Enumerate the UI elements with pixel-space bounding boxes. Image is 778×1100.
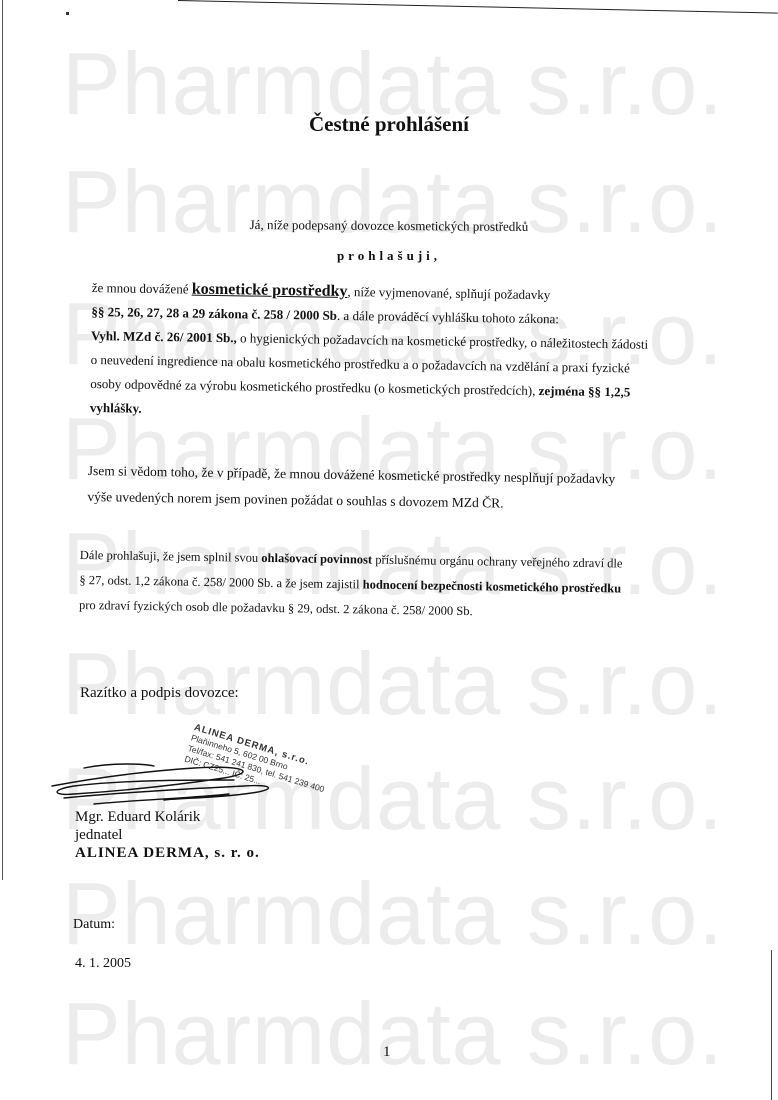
signer-company: ALINEA DERMA, s. r. o. — [75, 844, 260, 862]
emphasis-sections: zejména §§ 1,2,5 — [539, 383, 631, 399]
text-span: že mnou dovážené — [92, 280, 192, 297]
page-number: 1 — [383, 1044, 391, 1061]
text-span: Dále prohlašuji, že jsem splnil svou — [80, 548, 262, 565]
text-span: příslušnému orgánu ochrany veřejného zdr… — [372, 553, 623, 571]
emphasis-decree: vyhlášky. — [90, 400, 142, 416]
text-span: , níže vyjmenované, splňují požadavky — [347, 284, 550, 302]
paragraph-awareness: Jsem si vědom toho, že v případě, že mno… — [87, 458, 728, 520]
text-span: osoby odpovědné za výrobu kosmetického p… — [90, 376, 539, 398]
text-span: § 27, odst. 1,2 zákona č. 258/ 2000 Sb. … — [79, 573, 362, 591]
declaration-word: prohlašuji, — [0, 248, 778, 264]
paragraph-compliance: že mnou dovážené kosmetické prostředky, … — [90, 276, 732, 430]
paragraph-notification: Dále prohlašuji, že jsem splnil svou ohl… — [79, 543, 740, 628]
document-page: Čestné prohlášení Já, níže podepsaný dov… — [0, 0, 778, 1100]
intro-line: Já, níže podepsaný dovozce kosmetických … — [0, 215, 778, 236]
scan-edge-right — [771, 950, 772, 1100]
emphasis-safety-assessment: hodnocení bezpečnosti kosmetického prost… — [363, 577, 622, 595]
handwritten-signature — [44, 750, 284, 810]
emphasis-law: §§ 25, 26, 27, 28 a 29 zákona č. 258 / 2… — [91, 304, 337, 323]
text-span: . a dále prováděcí vyhlášku tohoto zákon… — [337, 308, 559, 326]
scan-speck — [66, 12, 69, 15]
date-label: Datum: — [73, 917, 115, 933]
emphasis-notification-duty: ohlašovací povinnost — [261, 551, 372, 567]
signer-name: Mgr. Eduard Kolárik — [75, 808, 260, 826]
scan-edge-top — [178, 0, 778, 14]
emphasis-regulation: Vyhl. MZd č. 26/ 2001 Sb., — [91, 328, 237, 345]
date-value: 4. 1. 2005 — [75, 956, 131, 972]
signer-block: Mgr. Eduard Kolárik jednatel ALINEA DERM… — [75, 808, 260, 862]
emphasis-products: kosmetické prostředky — [192, 281, 348, 300]
stamp-signature-label: Razítko a podpis dovozce: — [80, 685, 239, 702]
text-span: o hygienických požadavcích na kosmetické… — [237, 330, 649, 351]
document-title: Čestné prohlášení — [0, 112, 778, 137]
signer-role: jednatel — [75, 826, 260, 844]
